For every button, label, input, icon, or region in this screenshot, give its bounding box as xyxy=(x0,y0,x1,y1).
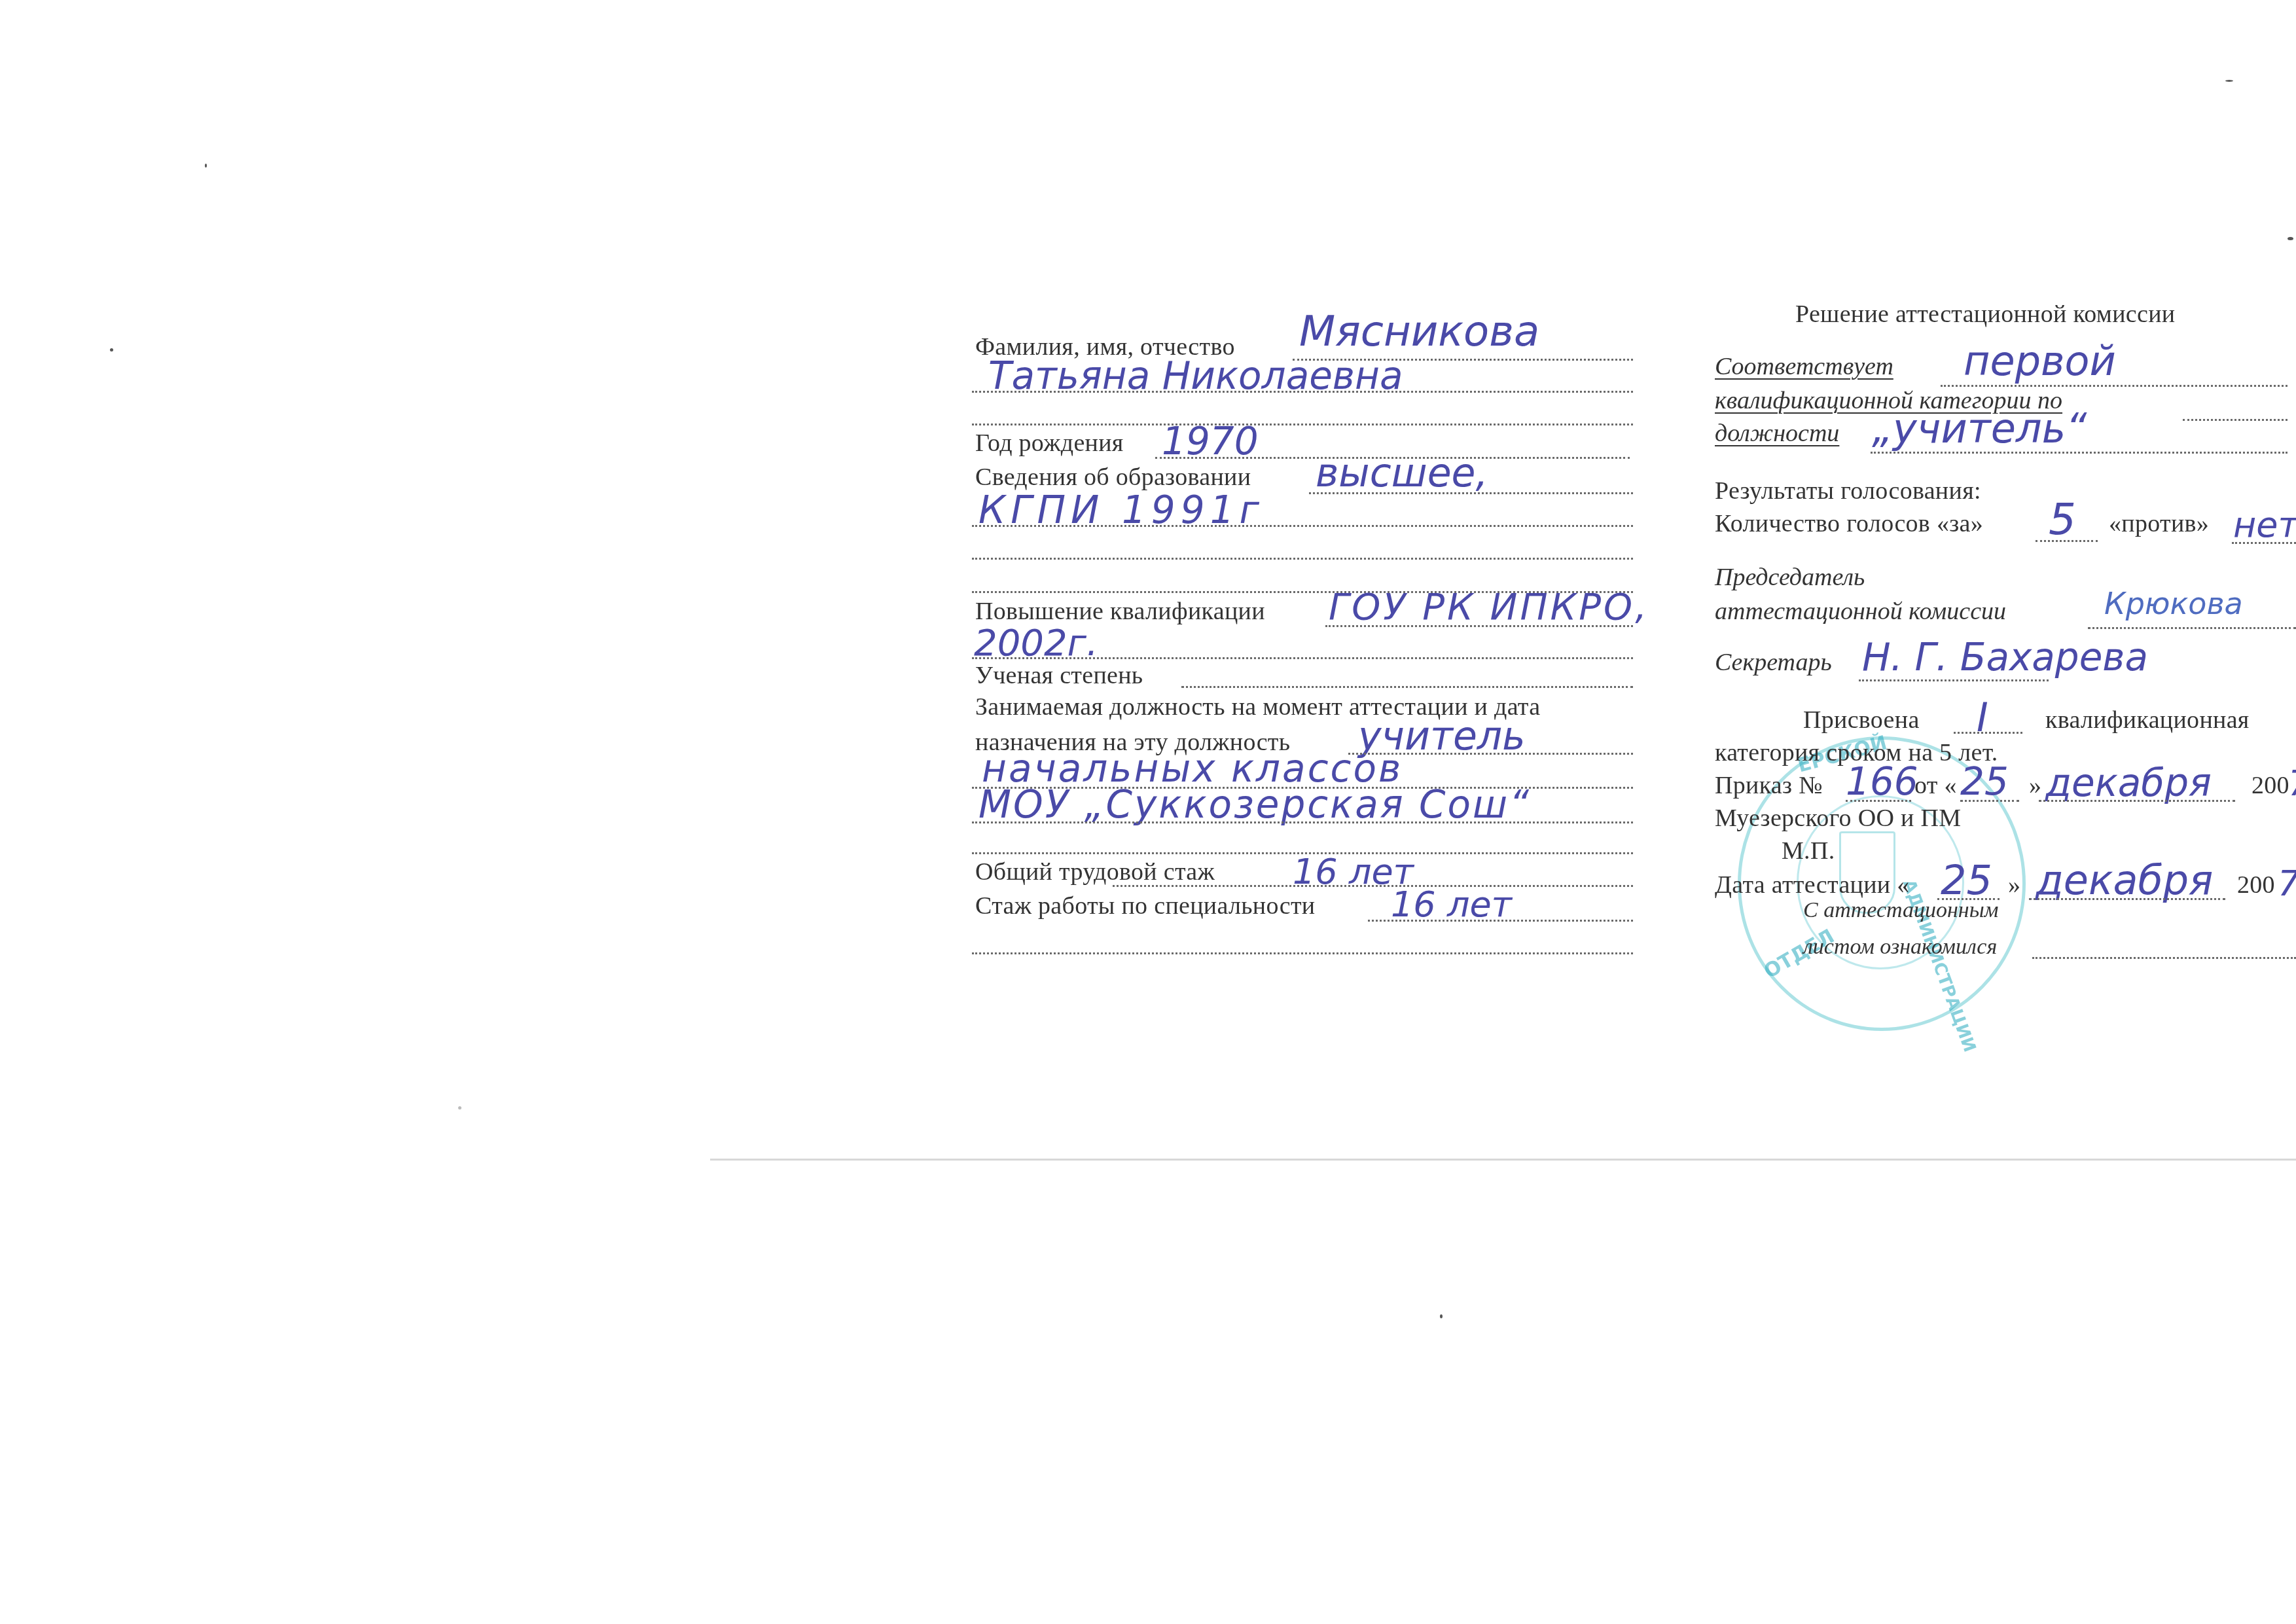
scan-speck xyxy=(1440,1314,1443,1318)
attestation-year-digit: 7 xyxy=(2278,863,2296,904)
specialty-experience-label: Стаж работы по специальности xyxy=(975,892,1315,920)
corresponds-value: первой xyxy=(1964,337,2116,385)
chairman-signature: Крюкова xyxy=(2104,586,2243,621)
qualification-underline-1 xyxy=(1325,625,1633,627)
attestation-day: 25 xyxy=(1941,856,1992,904)
education-value-line1: высшее, xyxy=(1316,450,1488,496)
position-text: должности xyxy=(1715,419,1839,448)
votes-against-underline xyxy=(2232,542,2296,544)
education-underline-3 xyxy=(972,558,1633,560)
order-label: Приказ № xyxy=(1715,771,1823,800)
education-underline-2 xyxy=(972,525,1633,527)
attestation-month-underline xyxy=(2029,898,2225,900)
chairman-label-line2: аттестационной комиссии xyxy=(1715,597,2006,626)
scan-speck xyxy=(2287,237,2293,240)
votes-against-label: «против» xyxy=(2109,509,2209,538)
order-from: от « xyxy=(1914,771,1957,800)
education-underline-1 xyxy=(1309,492,1633,494)
order-month-underline xyxy=(2039,800,2235,802)
decision-heading: Решение аттестационной комиссии xyxy=(1795,300,2175,329)
fio-value-line1: Мясникова xyxy=(1299,308,1539,356)
closing-line xyxy=(972,952,1633,954)
chairman-label-line1: Председатель xyxy=(1715,563,1865,592)
votes-for-underline xyxy=(2036,540,2098,542)
vote-results-label: Результаты голосования: xyxy=(1715,477,1981,505)
scan-speck xyxy=(458,1106,461,1110)
specialty-experience-value: 16 лет xyxy=(1391,884,1512,925)
acknowledged-line1: С аттестационным xyxy=(1803,898,1998,923)
fio-underline-2 xyxy=(972,391,1633,393)
chairman-underline xyxy=(2088,627,2296,629)
order-number-underline xyxy=(1846,800,1911,802)
order-month: декабря xyxy=(2045,761,2212,805)
position-value: „учитель“ xyxy=(1872,405,2087,452)
specialty-experience-underline xyxy=(1368,920,1633,922)
assigned-label: Присвоена xyxy=(1803,706,1920,734)
birth-year-label: Год рождения xyxy=(975,429,1124,458)
order-year-prefix: 200 xyxy=(2251,771,2289,800)
votes-for-value: 5 xyxy=(2049,494,2076,545)
fio-underline-3 xyxy=(972,424,1633,425)
qualification-value-line1: ГОУ РК ИПКРО, xyxy=(1329,586,1649,628)
position-underline xyxy=(1871,452,2287,454)
qualification-underline-2 xyxy=(972,657,1633,659)
assigned-value: I xyxy=(1977,695,1988,741)
total-experience-underline xyxy=(1113,885,1633,887)
seal-label: М.П. xyxy=(1782,837,1835,865)
attestation-year-prefix: 200 xyxy=(2237,871,2275,899)
scan-speck xyxy=(110,348,113,352)
order-day-underline xyxy=(1960,800,2019,802)
secretary-underline xyxy=(1859,679,2049,681)
assigned-underline xyxy=(1954,732,2022,734)
votes-for-label: Количество голосов «за» xyxy=(1715,509,1983,538)
degree-label: Ученая степень xyxy=(975,661,1143,690)
order-day: 25 xyxy=(1960,759,2009,804)
order-number: 166 xyxy=(1846,759,1918,804)
secretary-value: Н. Г. Бахарева xyxy=(1862,635,2148,679)
issuer: Муезерского ОО и ПМ xyxy=(1715,804,1961,833)
total-experience-label: Общий трудовой стаж xyxy=(975,857,1215,886)
position-value-line3: МОУ „Суккозерская Сош“ xyxy=(978,782,1531,827)
corresponds-label: Соответствует xyxy=(1715,352,1893,381)
attestation-day-close: » xyxy=(2008,871,2020,899)
secretary-label: Секретарь xyxy=(1715,648,1832,677)
assigned-suffix: квалификационная xyxy=(2045,706,2250,734)
acknowledged-signature-line xyxy=(2032,957,2296,959)
category-underline xyxy=(2183,419,2287,421)
page-fold-edge xyxy=(710,1159,2296,1161)
votes-against-value: нет xyxy=(2233,504,2296,545)
acknowledged-line2: листом ознакомился xyxy=(1803,935,1997,960)
position-underline-3 xyxy=(972,821,1633,823)
attestation-month: декабря xyxy=(2036,856,2213,904)
order-year-digit: 7 xyxy=(2288,763,2296,804)
scan-speck xyxy=(205,164,207,168)
degree-underline xyxy=(1181,686,1633,688)
scan-speck xyxy=(2225,80,2233,82)
attestation-date-label: Дата аттестации « xyxy=(1715,871,1910,899)
order-day-close: » xyxy=(2029,771,2041,800)
